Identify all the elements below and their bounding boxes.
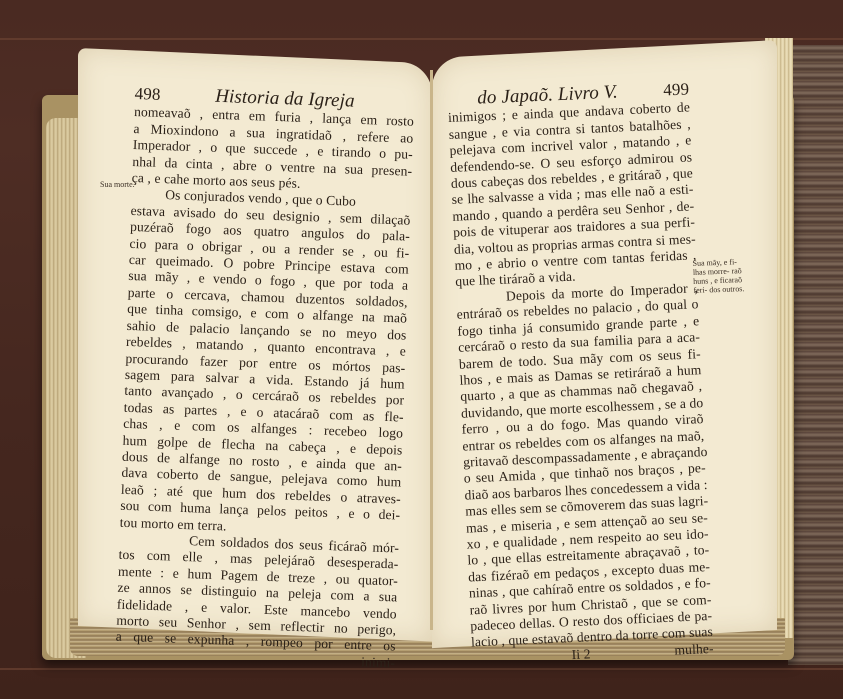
wood-plank-seam [0, 668, 843, 670]
wood-texture [788, 45, 843, 665]
running-title: Historia da Igreja [215, 89, 355, 110]
left-marginal-note: Sua morte. [100, 180, 135, 189]
page-number: 499 [663, 81, 690, 99]
right-page-text: do Japaõ. Livro V. 499 inimigos ; e aind… [447, 81, 714, 667]
book-gutter [430, 70, 433, 630]
catchword: mulhe- [674, 641, 714, 659]
wood-plank-seam [0, 38, 843, 40]
signature-mark: Ii 2 [571, 646, 591, 663]
page-number: 498 [134, 86, 160, 103]
left-page-text: 498 Historia da Igreja nomeavaõ , entra … [115, 86, 415, 672]
right-marginal-note: Sua mãy, e fi- lhas morre- raõ huns , e … [692, 257, 745, 295]
